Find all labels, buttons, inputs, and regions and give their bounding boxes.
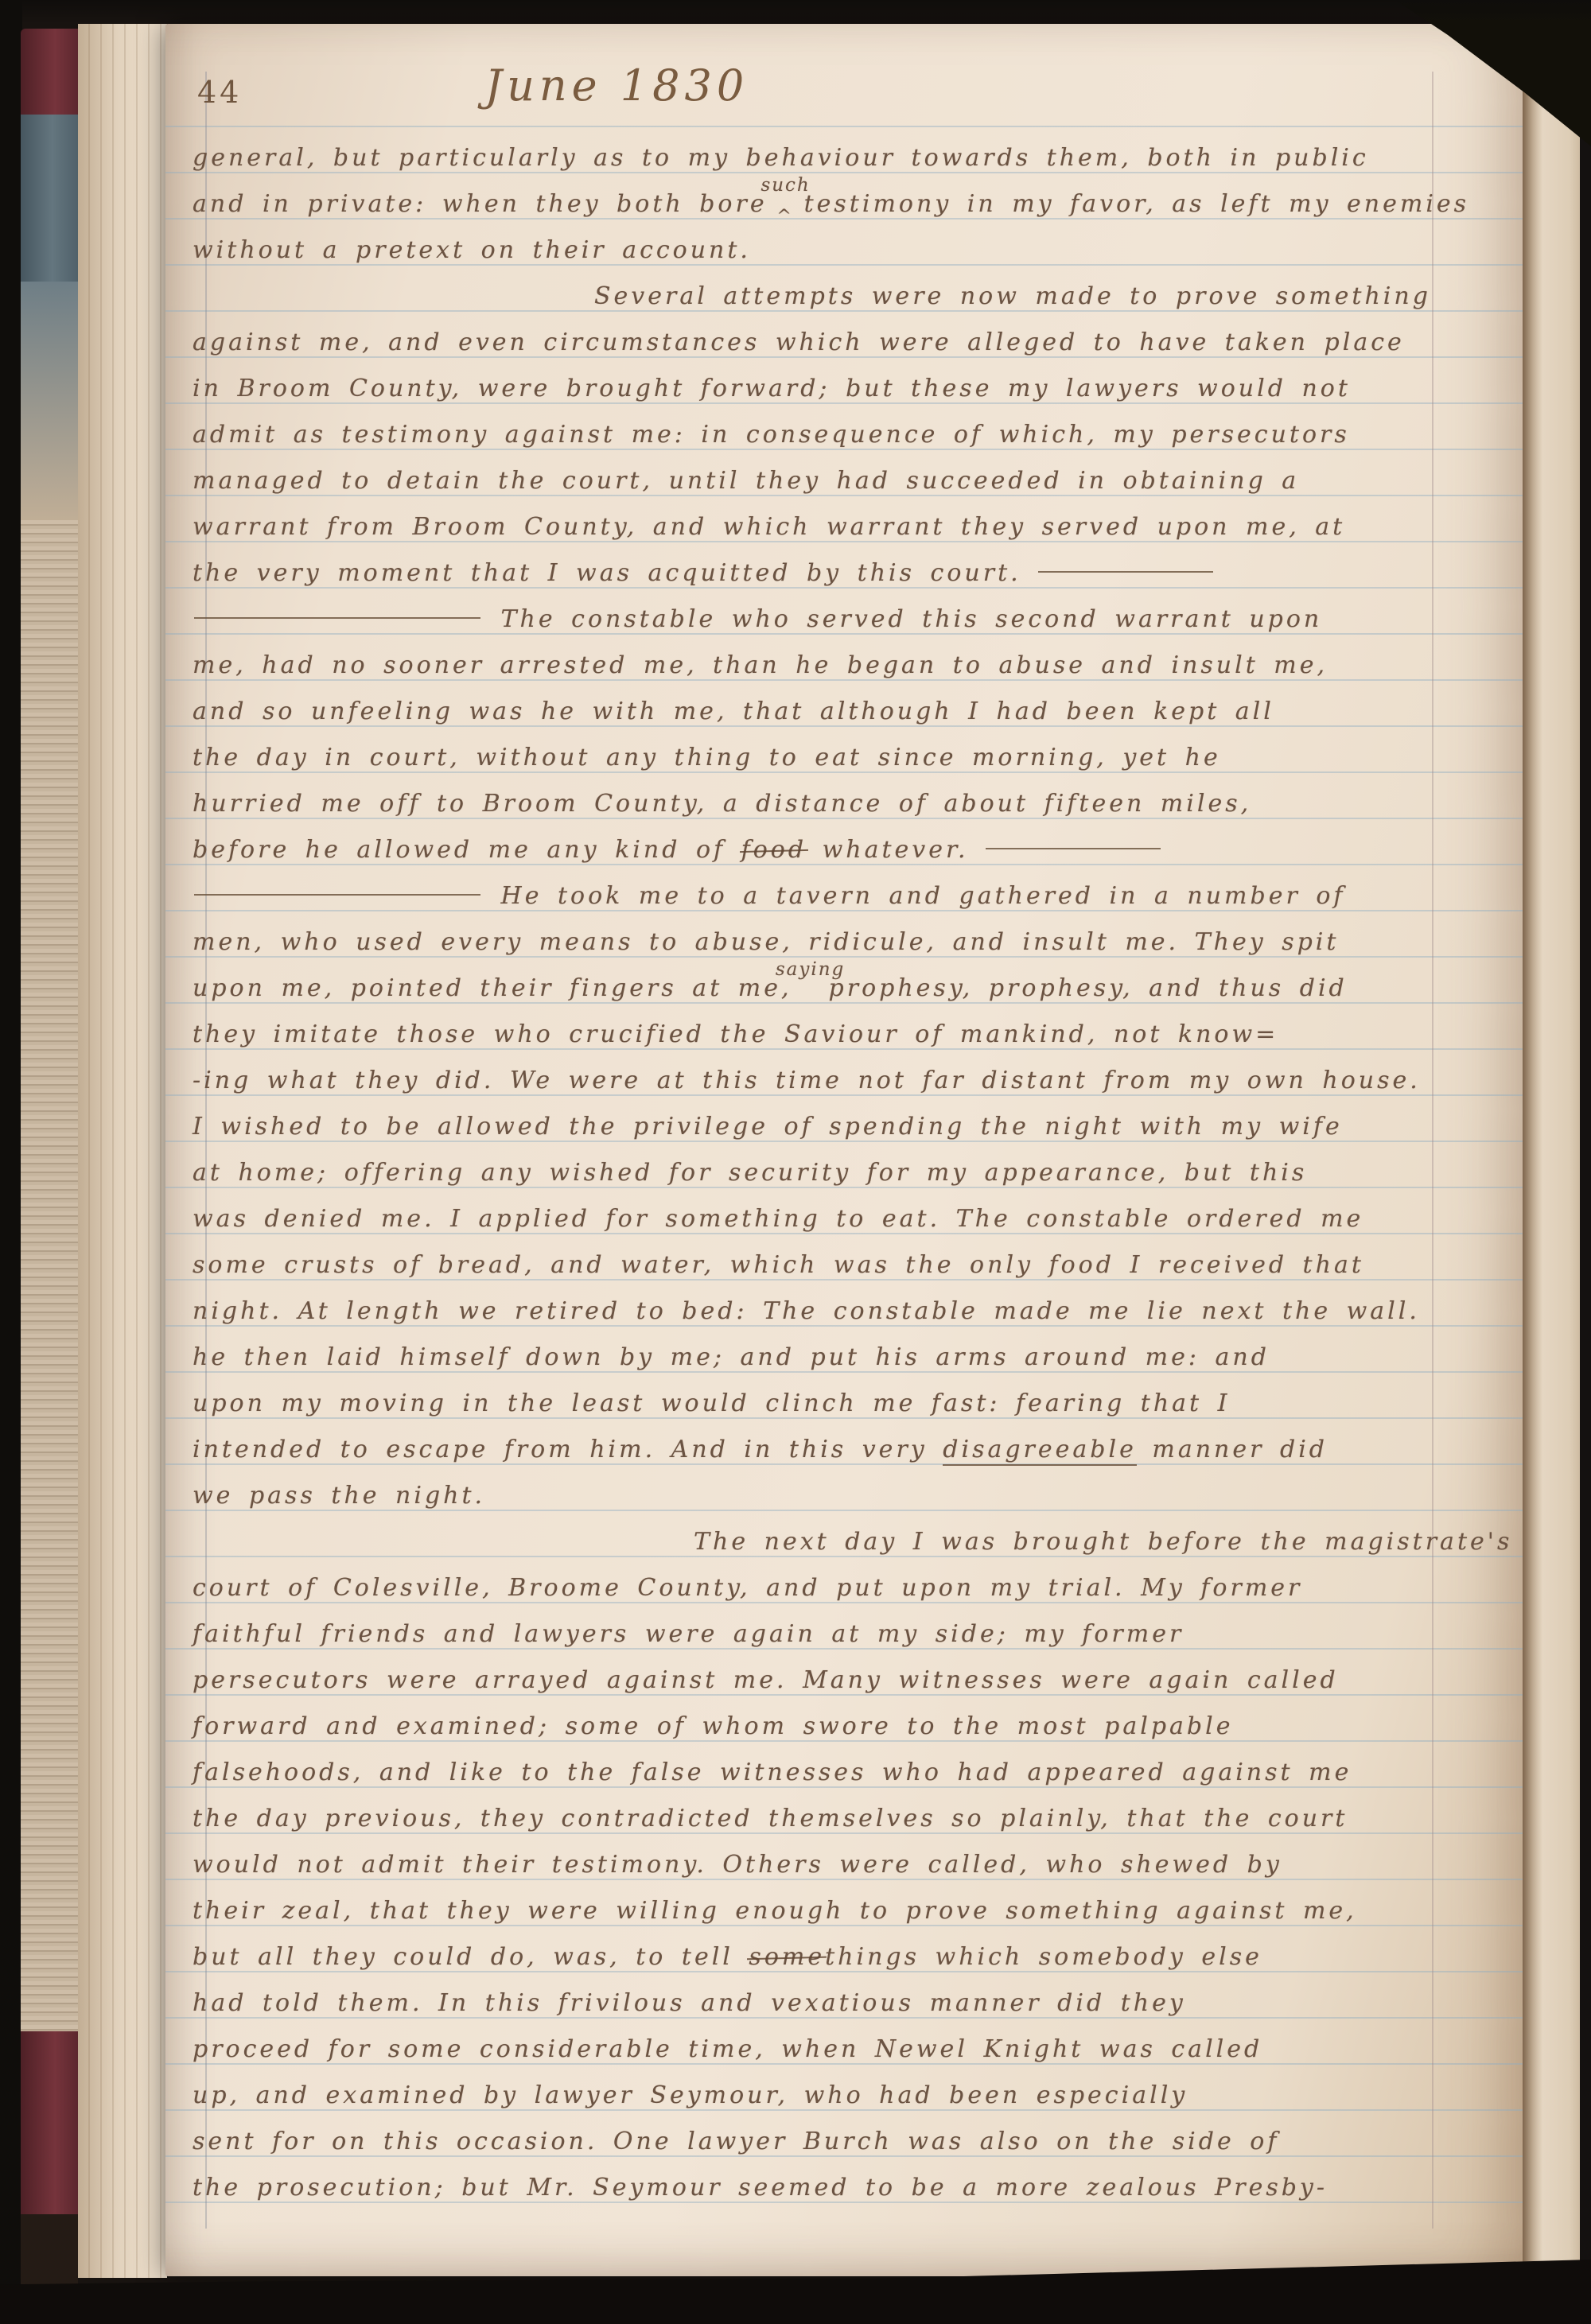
manuscript-line: the day previous, they contradicted them… xyxy=(193,1796,1438,1842)
manuscript-line: sent for on this occasion. One lawyer Bu… xyxy=(193,2119,1438,2165)
manuscript-line: The next day I was brought before the ma… xyxy=(193,1519,1438,1565)
manuscript-line: court of Colesville, Broome County, and … xyxy=(193,1565,1438,1611)
handwritten-text: upon my moving in the least would clinch… xyxy=(193,1389,1230,1417)
manuscript-line: managed to detain the court, until they … xyxy=(193,458,1438,504)
caret-mark: ^ xyxy=(776,208,794,226)
manuscript-line: I wished to be allowed the privilege of … xyxy=(193,1104,1438,1150)
manuscript-line: warrant from Broom County, and which war… xyxy=(193,504,1438,550)
manuscript-line: He took me to a tavern and gathered in a… xyxy=(193,873,1438,919)
filler-dash xyxy=(194,891,480,896)
handwritten-text: was denied me. I applied for something t… xyxy=(193,1205,1363,1233)
interlinear-insertion: such^ xyxy=(768,181,804,227)
handwritten-text: men, who used every means to abuse, ridi… xyxy=(193,928,1339,956)
handwritten-text: Several attempts were now made to prove … xyxy=(594,282,1431,310)
inserted-word: such xyxy=(760,177,810,195)
manuscript-line: admit as testimony against me: in conseq… xyxy=(193,412,1438,458)
struck-through-text: some xyxy=(749,1943,825,1971)
handwritten-text: The next day I was brought before the ma… xyxy=(694,1528,1512,1556)
handwritten-text: The constable who served this second war… xyxy=(485,605,1322,633)
handwritten-text: against me, and even circumstances which… xyxy=(193,328,1405,356)
handwritten-text: the day in court, without any thing to e… xyxy=(193,744,1221,771)
cover-board-bottom-edge xyxy=(21,2031,78,2214)
stacked-page-edges xyxy=(21,520,78,2031)
manuscript-line: the day in court, without any thing to e… xyxy=(193,735,1438,781)
manuscript-line: the prosecution; but Mr. Seymour seemed … xyxy=(193,2165,1438,2211)
handwritten-text: had told them. In this frivilous and vex… xyxy=(193,1989,1186,2017)
manuscript-line: some crusts of bread, and water, which w… xyxy=(193,1242,1438,1288)
manuscript-line: we pass the night. xyxy=(193,1473,1438,1519)
filler-dash xyxy=(194,614,480,619)
book-binding-edge xyxy=(21,29,78,2287)
manuscript-line: against me, and even circumstances which… xyxy=(193,320,1438,366)
filler-dash xyxy=(1038,568,1213,573)
manuscript-line: proceed for some considerable time, when… xyxy=(193,2027,1438,2073)
handwritten-text: in Broom County, were brought forward; b… xyxy=(193,375,1351,402)
photo-dark-top-edge xyxy=(0,0,1591,24)
manuscript-page: 44 June 1830 general, but particularly a… xyxy=(165,24,1523,2276)
filler-dash xyxy=(986,845,1161,849)
next-page-edge xyxy=(1523,33,1581,2270)
manuscript-line: upon my moving in the least would clinch… xyxy=(193,1381,1438,1427)
manuscript-line: before he allowed me any kind of food wh… xyxy=(193,827,1438,873)
manuscript-line: persecutors were arrayed against me. Man… xyxy=(193,1658,1438,1704)
page-header: 44 June 1830 xyxy=(197,60,1422,130)
manuscript-line: would not admit their testimony. Others … xyxy=(193,1842,1438,1888)
manuscript-line: -ing what they did. We were at this time… xyxy=(193,1058,1438,1104)
manuscript-line: faithful friends and lawyers were again … xyxy=(193,1611,1438,1658)
photo-dark-right-edge xyxy=(1580,0,1591,2324)
handwritten-text: proceed for some considerable time, when… xyxy=(193,2035,1262,2063)
manuscript-line: general, but particularly as to my behav… xyxy=(193,135,1438,181)
manuscript-line: the very moment that I was acquitted by … xyxy=(193,550,1438,597)
manuscript-line: without a pretext on their account. xyxy=(193,227,1438,274)
handwritten-text: without a pretext on their account. xyxy=(193,236,751,264)
handwritten-text: I wished to be allowed the privilege of … xyxy=(193,1113,1343,1141)
handwritten-text: hurried me off to Broom County, a distan… xyxy=(193,790,1251,818)
binding-shadow xyxy=(21,2214,78,2287)
manuscript-line: forward and examined; some of whom swore… xyxy=(193,1704,1438,1750)
page-stack-edges xyxy=(78,24,167,2278)
manuscript-line: The constable who served this second war… xyxy=(193,597,1438,643)
manuscript-text: general, but particularly as to my behav… xyxy=(193,135,1438,2211)
manuscript-line: hurried me off to Broom County, a distan… xyxy=(193,781,1438,827)
handwritten-text: and so unfeeling was he with me, that al… xyxy=(193,698,1274,725)
manuscript-line: had told them. In this frivilous and vex… xyxy=(193,1980,1438,2027)
handwritten-text: the day previous, they contradicted them… xyxy=(193,1805,1348,1832)
handwritten-text: faithful friends and lawyers were again … xyxy=(193,1620,1184,1648)
manuscript-line: at home; offering any wished for securit… xyxy=(193,1150,1438,1196)
handwritten-text: general, but particularly as to my behav… xyxy=(193,144,1369,172)
handwritten-text: the prosecution; but Mr. Seymour seemed … xyxy=(193,2174,1328,2202)
inserted-word: saying xyxy=(776,961,845,979)
handwritten-text: they imitate those who crucified the Sav… xyxy=(193,1020,1278,1048)
page-edge-transition xyxy=(21,282,78,520)
manuscript-line: he then laid himself down by me; and put… xyxy=(193,1335,1438,1381)
handwritten-text: before he allowed me any kind of xyxy=(193,836,741,864)
handwritten-text: falsehoods, and like to the false witnes… xyxy=(193,1759,1352,1786)
handwritten-text: whatever. xyxy=(807,836,984,864)
handwritten-text: but all they could do, was, to tell xyxy=(193,1943,749,1971)
manuscript-line: in Broom County, were brought forward; b… xyxy=(193,366,1438,412)
handwritten-text: He took me to a tavern and gathered in a… xyxy=(485,882,1346,910)
handwritten-text: he then laid himself down by me; and put… xyxy=(193,1343,1270,1371)
underlined-text: disagreeable xyxy=(943,1436,1137,1466)
handwritten-text: at home; offering any wished for securit… xyxy=(193,1159,1307,1187)
handwritten-text: managed to detain the court, until they … xyxy=(193,467,1299,495)
manuscript-line: they imitate those who crucified the Sav… xyxy=(193,1012,1438,1058)
manuscript-line: but all they could do, was, to tell some… xyxy=(193,1934,1438,1980)
photographed-manuscript-scene: 44 June 1830 general, but particularly a… xyxy=(0,0,1591,2324)
cover-board-top-edge xyxy=(21,29,78,115)
handwritten-text: intended to escape from him. And in this… xyxy=(193,1436,943,1463)
manuscript-line: and in private: when they both boresuch^… xyxy=(193,181,1438,227)
handwritten-text: their zeal, that they were willing enoug… xyxy=(193,1897,1357,1925)
page-number: 44 xyxy=(197,75,242,110)
handwritten-text: we pass the night. xyxy=(193,1482,485,1510)
handwritten-text: some crusts of bread, and water, which w… xyxy=(193,1251,1364,1279)
handwritten-text: prophesy, prophesy, and thus did xyxy=(829,974,1348,1002)
handwritten-text: persecutors were arrayed against me. Man… xyxy=(193,1666,1339,1694)
marbled-page-edge xyxy=(21,115,78,282)
handwritten-text: warrant from Broom County, and which war… xyxy=(193,513,1345,541)
handwritten-text: things which somebody else xyxy=(825,1943,1262,1971)
handwritten-text: night. At length we retired to bed: The … xyxy=(193,1297,1420,1325)
manuscript-line: upon me, pointed their fingers at me,say… xyxy=(193,966,1438,1012)
handwritten-text: the very moment that I was acquitted by … xyxy=(193,559,1037,587)
header-date: June 1830 xyxy=(484,60,749,111)
manuscript-line: was denied me. I applied for something t… xyxy=(193,1196,1438,1242)
manuscript-line: night. At length we retired to bed: The … xyxy=(193,1288,1438,1335)
handwritten-text: admit as testimony against me: in conseq… xyxy=(193,421,1350,449)
handwritten-text: would not admit their testimony. Others … xyxy=(193,1851,1282,1879)
manuscript-line: up, and examined by lawyer Seymour, who … xyxy=(193,2073,1438,2119)
handwritten-text: forward and examined; some of whom swore… xyxy=(193,1712,1233,1740)
handwritten-text: court of Colesville, Broome County, and … xyxy=(193,1574,1302,1602)
photo-dark-left-edge xyxy=(0,0,22,2324)
manuscript-line: falsehoods, and like to the false witnes… xyxy=(193,1750,1438,1796)
handwritten-text: and in private: when they both bore xyxy=(193,190,768,218)
manuscript-line: Several attempts were now made to prove … xyxy=(193,274,1438,320)
handwritten-text: upon me, pointed their fingers at me, xyxy=(193,974,792,1002)
handwritten-text: me, had no sooner arrested me, than he b… xyxy=(193,651,1328,679)
manuscript-line: and so unfeeling was he with me, that al… xyxy=(193,689,1438,735)
manuscript-line: me, had no sooner arrested me, than he b… xyxy=(193,643,1438,689)
manuscript-line: their zeal, that they were willing enoug… xyxy=(193,1888,1438,1934)
interlinear-insertion: saying xyxy=(792,966,829,1012)
struck-through-text: food xyxy=(741,836,807,864)
handwritten-text: up, and examined by lawyer Seymour, who … xyxy=(193,2081,1188,2109)
handwritten-text: sent for on this occasion. One lawyer Bu… xyxy=(193,2128,1279,2155)
manuscript-line: intended to escape from him. And in this… xyxy=(193,1427,1438,1473)
handwritten-text: testimony in my favor, as left my enemie… xyxy=(804,190,1469,218)
handwritten-text: manner did xyxy=(1137,1436,1328,1463)
handwritten-text: -ing what they did. We were at this time… xyxy=(193,1067,1421,1094)
